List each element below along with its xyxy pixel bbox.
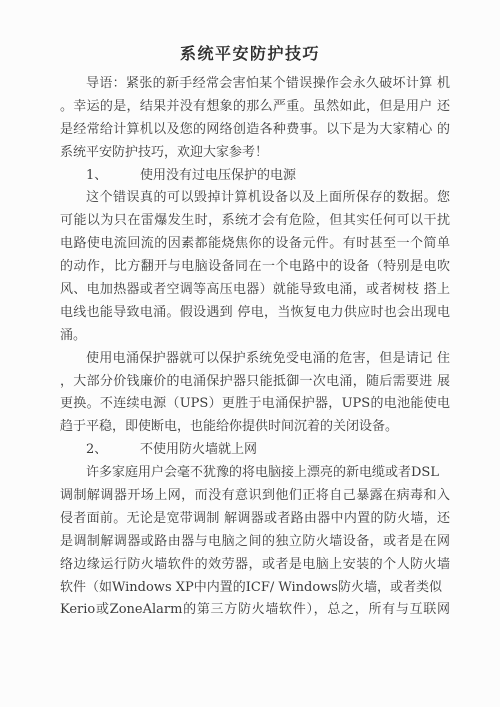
text-line: 使用电涌保护器就可以保护系统免受电涌的危害，但是请记 住 xyxy=(60,348,450,371)
text-line: 趋于平稳，即使断电，也能给你提供时间沉着的关闭设备。 xyxy=(60,416,450,439)
text-line: 涌。 xyxy=(60,325,450,348)
text-line: 电路使电流回流的因素都能烧焦你的设备元件。有时甚至一个简单 xyxy=(60,233,450,256)
text-line: 可能以为只在雷爆发生时，系统才会有危险，但其实任何可以干扰 xyxy=(60,210,450,233)
text-line: 。幸运的是，结果并没有想象的那么严重。虽然如此，但是用户 还 xyxy=(60,96,450,119)
text-line: 导语：紧张的新手经常会害怕某个错误操作会永久破坏计算 机 xyxy=(60,73,450,96)
text-line: 软件（如Windows XP中内置的ICF/ Windows防火墙，或者类似 xyxy=(60,577,450,600)
text-line: 许多家庭用户会毫不犹豫的将电脑接上漂亮的新电缆或者DSL xyxy=(60,462,450,485)
text-line: 这个错误真的可以毁掉计算机设备以及上面所保存的数据。您 xyxy=(60,187,450,210)
text-line: 侵者面前。无论是宽带调制 解调器或者路由器中内置的防火墙，还 xyxy=(60,508,450,531)
text-line: 调制解调器开场上网，而没有意识到他们正将自己暴露在病毒和入 xyxy=(60,485,450,508)
section-heading-text: 不使用防火墙就上网 xyxy=(140,442,257,457)
document-page: 系统平安防护技巧 导语：紧张的新手经常会害怕某个错误操作会永久破坏计算 机 。幸… xyxy=(0,0,500,707)
text-line: 是经常给计算机以及您的网络创造各种费事。以下是为大家精心 的 xyxy=(60,119,450,142)
document-body: 导语：紧张的新手经常会害怕某个错误操作会永久破坏计算 机 。幸运的是，结果并没有… xyxy=(60,73,450,622)
list-number: 1、 xyxy=(86,165,140,188)
list-number: 2、 xyxy=(86,439,140,462)
section-heading-2: 2、不使用防火墙就上网 xyxy=(60,439,450,462)
text-line: 系统平安防护技巧，欢迎大家参考！ xyxy=(60,142,450,165)
document-title: 系统平安防护技巧 xyxy=(0,0,500,64)
text-line: 络边缘运行防火墙软件的效劳器，或者是电脑上安装的个人防火墙 xyxy=(60,554,450,577)
text-line: 风、电加热器或者空调等高压电器）就能导致电涌，或者树枝 搭上 xyxy=(60,279,450,302)
section-heading-1: 1、使用没有过电压保护的电源 xyxy=(60,165,450,188)
text-line: 电线也能导致电涌。假设遇到 停电，当恢复电力供应时也会出现电 xyxy=(60,302,450,325)
text-line: 更换。不连续电源（UPS）更胜于电涌保护器，UPS的电池能使电 流 xyxy=(60,393,450,416)
text-line: 是调制解调器或路由器与电脑之间的独立防火墙设备，或者是在网 xyxy=(60,531,450,554)
text-line: 的动作，比方翻开与电脑设备同在一个电路中的设备（特别是电吹 xyxy=(60,256,450,279)
text-line: Kerio或ZoneAlarm的第三方防火墙软件），总之，所有与互联网 相 xyxy=(60,599,450,622)
text-line: ，大部分价钱廉价的电涌保护器只能抵御一次电涌，随后需要进 展 xyxy=(60,371,450,394)
section-heading-text: 使用没有过电压保护的电源 xyxy=(140,168,296,183)
